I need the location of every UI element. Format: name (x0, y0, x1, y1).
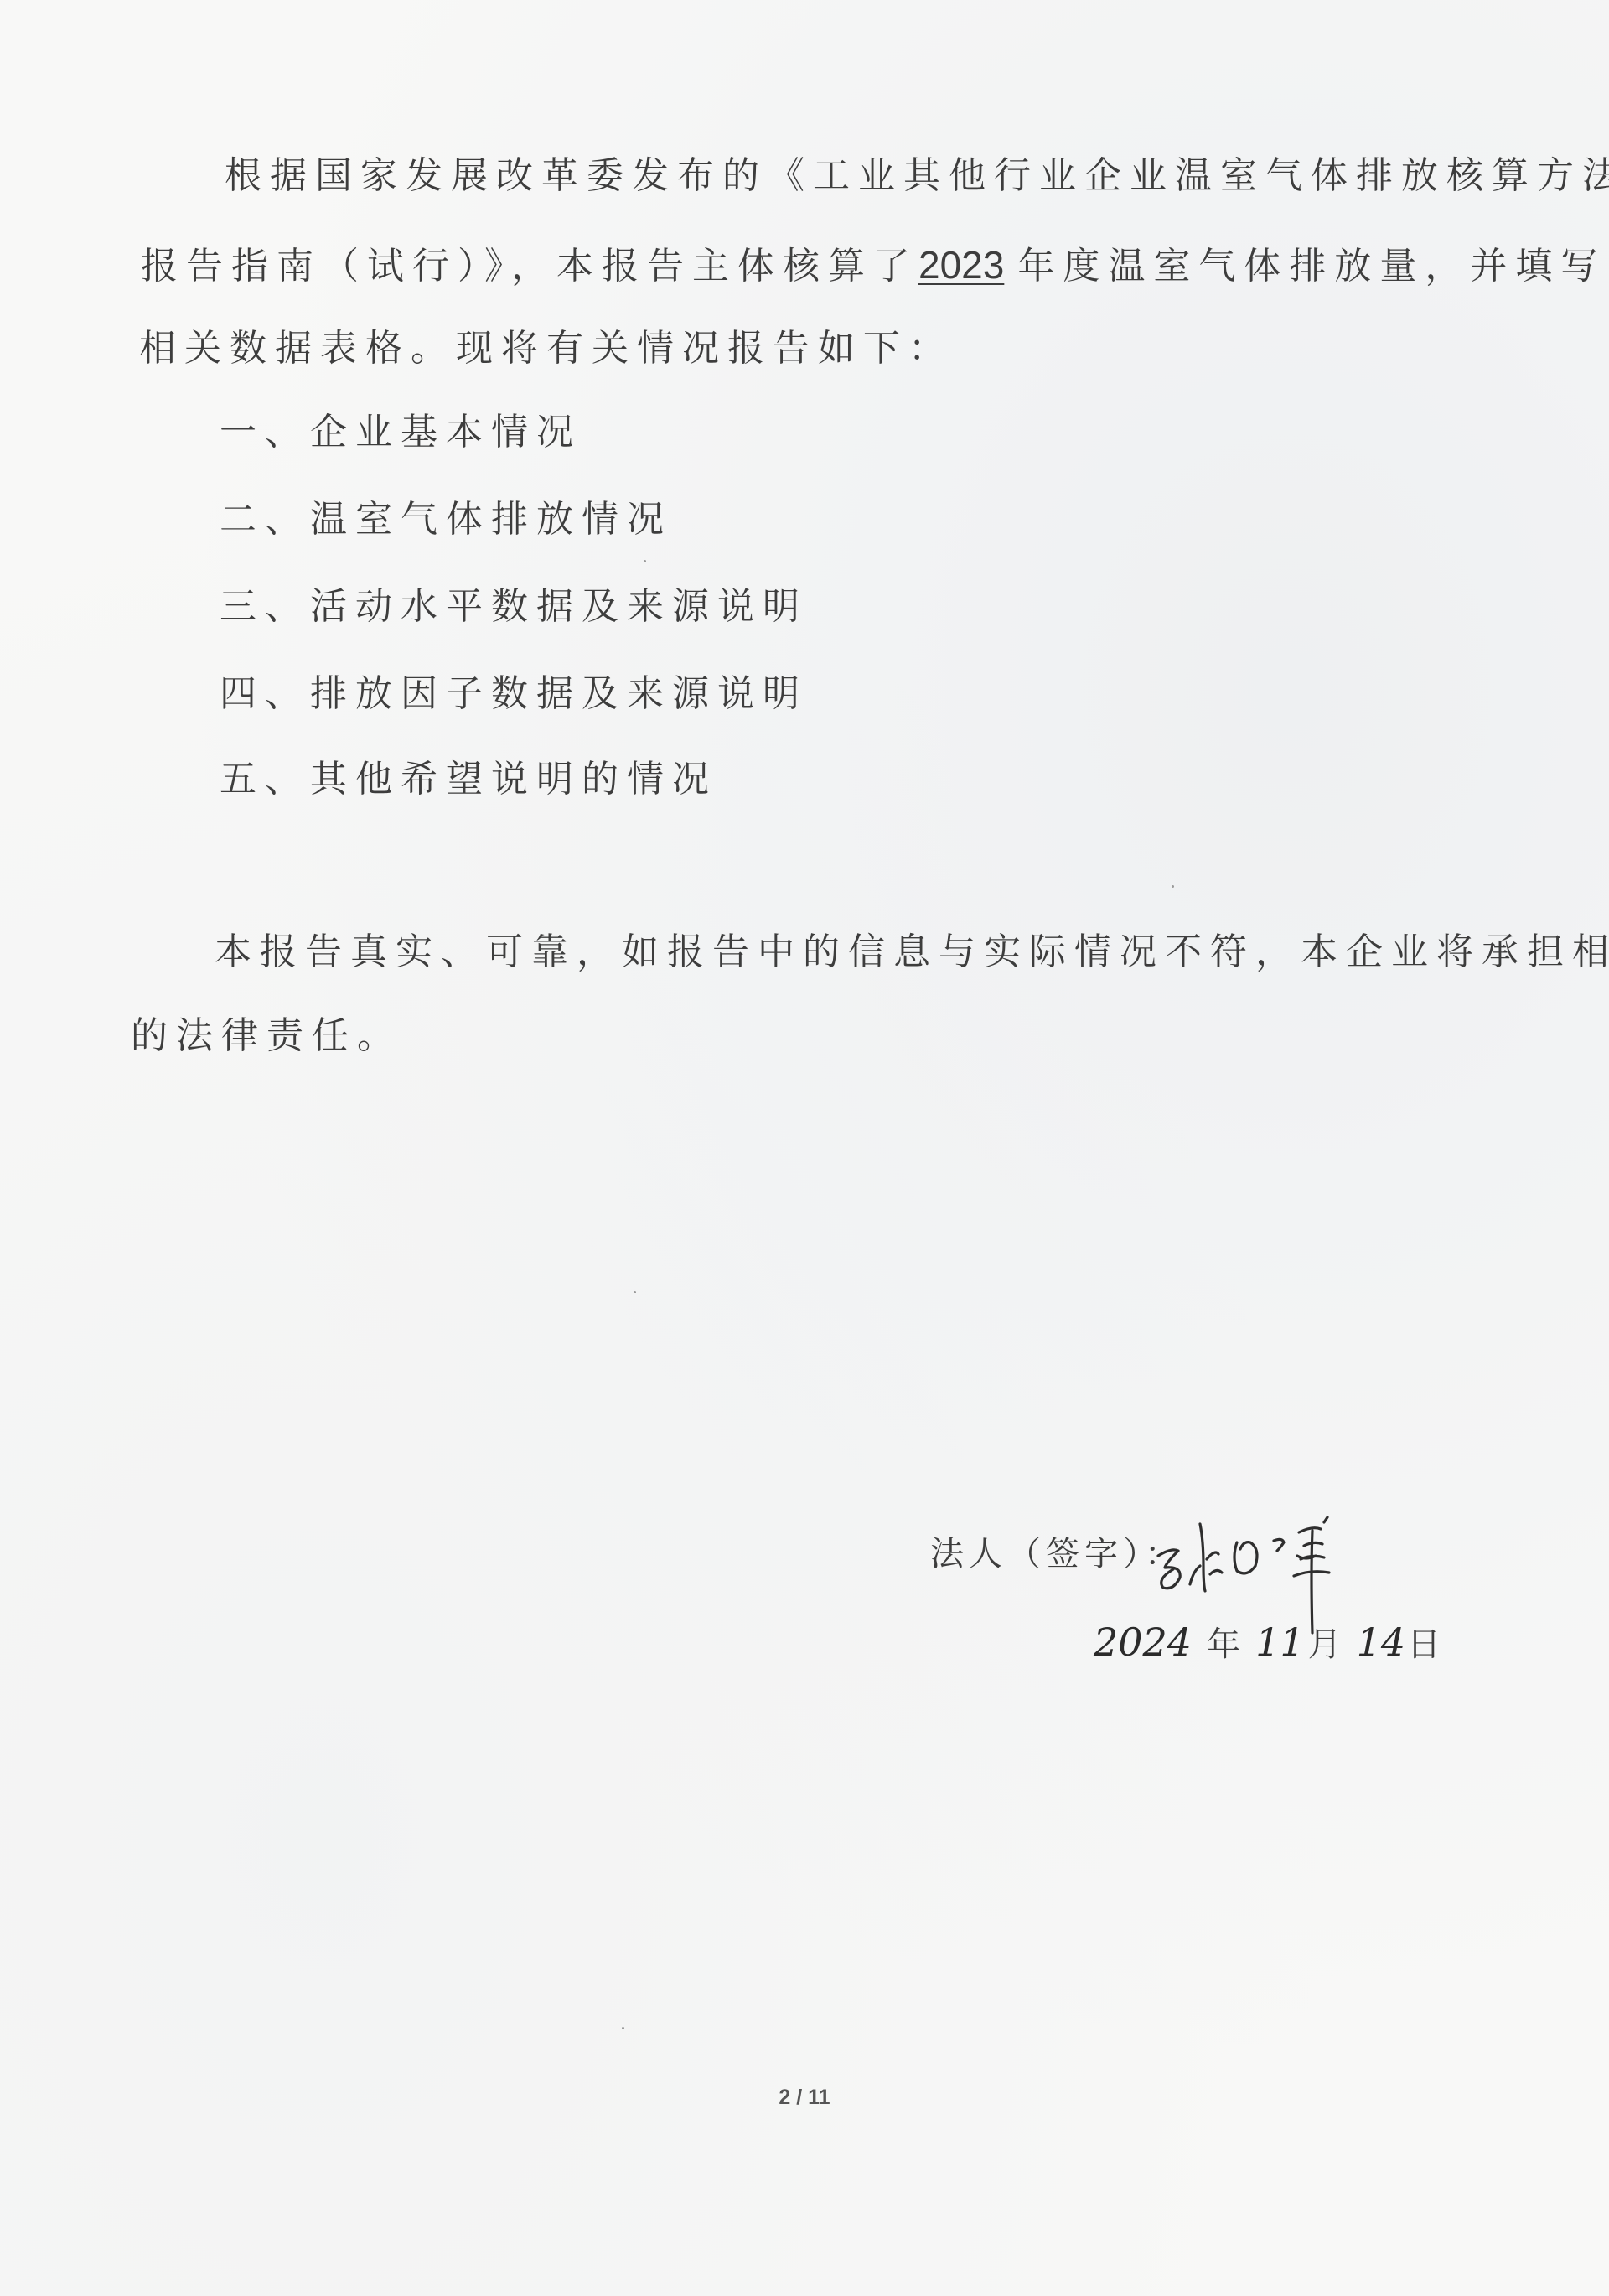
signature-date: 2024年11月14日 (1094, 1618, 1456, 1666)
reporting-year: 2023 (918, 243, 1017, 287)
year-unit: 年 (1207, 1625, 1240, 1664)
intro-line-1: 根据国家发展改革委发布的《工业其他行业企业温室气体排放核算方法与 (225, 153, 1609, 200)
document-page: 根据国家发展改革委发布的《工业其他行业企业温室气体排放核算方法与 报告指南（试行… (0, 0, 1609, 2296)
scan-speck (622, 2027, 624, 2029)
scan-speck (644, 560, 646, 562)
declaration-line-1: 本报告真实、可靠，如报告中的信息与实际情况不符，本企业将承担相应 (215, 929, 1609, 976)
declaration-line-2: 的法律责任。 (131, 1013, 402, 1060)
section-item-5: 五、其他希望说明的情况 (220, 756, 717, 803)
date-day: 14 (1357, 1620, 1406, 1665)
legal-representative-label: 法人（签字）： (930, 1527, 1183, 1575)
intro-line-3: 相关数据表格。现将有关情况报告如下： (139, 325, 954, 372)
section-item-3: 三、活动水平数据及来源说明 (220, 583, 808, 630)
scan-speck (1172, 885, 1174, 888)
date-month: 11 (1255, 1620, 1305, 1665)
section-item-2: 二、温室气体排放情况 (220, 496, 672, 543)
month-unit: 月 (1308, 1625, 1342, 1664)
day-unit: 日 (1407, 1625, 1441, 1664)
scan-speck (634, 1291, 636, 1293)
section-item-1: 一、企业基本情况 (220, 409, 582, 456)
date-year: 2024 (1094, 1620, 1192, 1665)
page-number: 2 / 11 (0, 2086, 1609, 2110)
intro-line-2-after-year: 年度温室气体排放量，并填写了 (1017, 245, 1609, 288)
intro-line-2: 报告指南（试行）》，本报告主体核算了2023年度温室气体排放量，并填写了 (141, 241, 1609, 290)
intro-line-2-before-year: 报告指南（试行）》，本报告主体核算了 (141, 245, 918, 288)
section-item-4: 四、排放因子数据及来源说明 (220, 671, 808, 718)
